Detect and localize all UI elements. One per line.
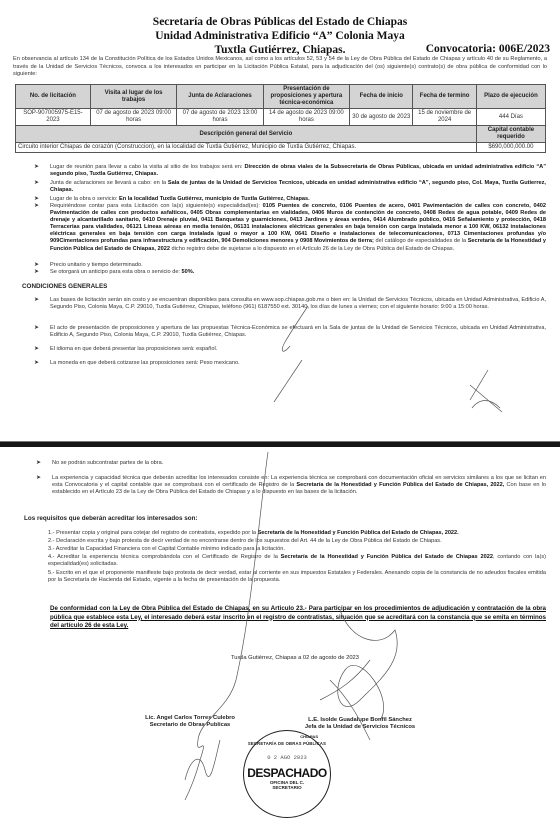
condition-text: La moneda en que deberá cotizarse las pr… — [50, 360, 240, 366]
licitacion-table: No. de licitación Visita al lugar de los… — [15, 84, 546, 153]
arrow-bullet-icon: ➤ — [34, 164, 39, 171]
requirement-text: 2.- Declaración escrita y bajo protesta … — [48, 538, 442, 544]
bullet-label: Precio unitario y tiempo determinado. — [50, 262, 143, 268]
bullet-bold: Secretaría de la Honestidad y Función Pú… — [296, 482, 504, 488]
signer-name: L.E. Isolde Guadalupe Bonfil Sánchez — [275, 717, 445, 724]
arrow-bullet-icon: ➤ — [34, 346, 39, 353]
header-line-2: Unidad Administrativa Edificio “A” Colon… — [0, 29, 560, 43]
bullet-label: Lugar de la obra o servicio: — [50, 196, 119, 202]
stamp-office-2: SECRETARIO — [244, 785, 330, 790]
bullet-item: ➤ Requiriéndose contar para esta Licitac… — [50, 203, 546, 253]
bullet-tail: del catálogo de especialidades de la — [374, 238, 468, 244]
arrow-bullet-icon: ➤ — [34, 203, 39, 210]
requirement-item: 4.- Acreditar la experiencia técnica com… — [48, 554, 546, 568]
condition-item: ➤ Las bases de licitación serán sin cost… — [50, 297, 546, 311]
arrow-bullet-icon: ➤ — [34, 297, 39, 304]
table-header-row: No. de licitación Visita al lugar de los… — [16, 85, 546, 109]
stamp-status: DESPACHADO — [244, 766, 330, 780]
table-cell: 14 de agosto de 2023 09:00 horas — [263, 109, 349, 126]
table-cell: 444 Días — [476, 109, 545, 126]
table-cell: 15 de noviembre de 2024 — [413, 109, 476, 126]
bullet-text: No se podrán subcontratar partes de la o… — [52, 460, 163, 466]
requirement-bold: Secretaría de la Honestidad y Función Pú… — [258, 530, 459, 536]
header-cell: Presentación de proposiciones y apertura… — [263, 85, 349, 109]
requirement-text: 3.- Acreditar la Capacidad Financiera co… — [48, 546, 285, 552]
header-cell: Junta de Aclaraciones — [177, 85, 263, 109]
table-cell: SOP-907005975-E15-2023 — [16, 109, 91, 126]
header-cell: Fecha de termino — [413, 85, 476, 109]
requirement-text: 1.- Presentar copia y original para cote… — [48, 530, 258, 536]
header-cell: Plazo de ejecución — [476, 85, 545, 109]
arrow-bullet-icon: ➤ — [34, 180, 39, 187]
condition-text: El idioma en que deberá presentar las pr… — [50, 346, 217, 352]
document-page-1: Secretaría de Obras Públicas del Estado … — [0, 0, 560, 441]
requirement-item: 5.- Escrito en el que el proponente mani… — [48, 570, 546, 584]
signature-block-right: L.E. Isolde Guadalupe Bonfil Sánchez Jef… — [275, 717, 445, 731]
bullet-item: ➤ Lugar de reunión para llevar a cabo la… — [50, 164, 546, 178]
arrow-bullet-icon: ➤ — [34, 325, 39, 332]
bullet-tail-end: dicho registro debe de sujetarse a lo di… — [170, 246, 454, 252]
requirement-bold: Secretaría de la Honestidad y Función Pú… — [281, 554, 493, 560]
description-value: Circuito interior Chiapas de corazón (Co… — [16, 143, 477, 153]
stamp-logo: CHIAPAS — [258, 734, 318, 740]
condition-item: ➤ La moneda en que deberá cotizarse las … — [50, 360, 546, 367]
law-statement: De conformidad con la Ley de Obra Públic… — [50, 605, 546, 631]
table-cell: 07 de agosto de 2023 09:00 horas — [90, 109, 176, 126]
signer-name: Lic. Angel Carlos Torres Culebro — [115, 715, 265, 722]
signer-title: Secretario de Obras Publicas — [115, 722, 265, 729]
requirement-text: 4.- Acreditar la experiencia técnica com… — [48, 554, 281, 560]
stamp-org: SECRETARÍA DE OBRAS PÚBLICAS — [244, 741, 330, 746]
condition-item: ➤ El acto de presentación de proposicion… — [50, 325, 546, 339]
table-row: Circuito interior Chiapas de corazón (Co… — [16, 143, 546, 153]
bullet-item: ➤ La experiencia y capacidad técnica que… — [52, 475, 546, 496]
general-conditions-title: CONDICIONES GENERALES — [22, 283, 107, 290]
header-cell: Visita al lugar de los trabajos — [90, 85, 176, 109]
bullet-label: Se otorgará un anticipo para esta obra o… — [50, 269, 182, 275]
bullet-label: Lugar de reunión para llevar a cabo la v… — [50, 164, 244, 170]
table-row: SOP-907005975-E15-2023 07 de agosto de 2… — [16, 109, 546, 126]
page-divider — [0, 441, 560, 447]
bullet-label: Requiriéndose contar para esta Licitació… — [50, 203, 263, 209]
header-cell: No. de licitación — [16, 85, 91, 109]
requirements-title: Los requisitos que deberán acreditar los… — [24, 515, 198, 522]
arrow-bullet-icon: ➤ — [34, 269, 39, 276]
capital-header: Capital contable requerido — [476, 126, 545, 143]
arrow-bullet-icon: ➤ — [36, 475, 41, 482]
bullet-label: Junta de aclaraciones se llevará a cabo:… — [50, 180, 168, 186]
requirement-item: 3.- Acreditar la Capacidad Financiera co… — [48, 546, 546, 553]
header-line-1: Secretaría de Obras Públicas del Estado … — [0, 15, 560, 29]
bullet-value: 50%. — [182, 269, 195, 275]
condition-item: ➤ El idioma en que deberá presentar las … — [50, 346, 546, 353]
requirement-text: 5.- Escrito en el que el proponente mani… — [48, 570, 546, 583]
requirement-item: 1.- Presentar copia y original para cote… — [48, 530, 546, 537]
description-header: Descripción general del Servicio — [16, 126, 477, 143]
bullet-item: ➤ Se otorgará un anticipo para esta obra… — [50, 269, 546, 276]
table-cell: 30 de agosto de 2023 — [350, 109, 413, 126]
arrow-bullet-icon: ➤ — [34, 360, 39, 367]
condition-text: Las bases de licitación serán sin costo … — [50, 297, 546, 310]
place-date: Tuxtla Gutiérrez, Chiapas a 02 de agosto… — [0, 655, 560, 661]
table-cell: 07 de agosto de 2023 13:00 horas — [177, 109, 263, 126]
condition-text: El acto de presentación de proposiciones… — [50, 325, 546, 338]
intro-paragraph: En observancia al artículo 134 de la Con… — [13, 56, 547, 79]
table-header-row: Descripción general del Servicio Capital… — [16, 126, 546, 143]
capital-value: $690,000,000.00 — [476, 143, 545, 153]
bullet-item: ➤ Junta de aclaraciones se llevará a cab… — [50, 180, 546, 194]
header-cell: Fecha de inicio — [350, 85, 413, 109]
signer-title: Jefa de la Unidad de Servicios Técnicos — [275, 724, 445, 731]
bullet-value: En la localidad Tuxtla Gutiérrez, munici… — [119, 196, 310, 202]
despachado-stamp: CHIAPAS SECRETARÍA DE OBRAS PÚBLICAS 0 2… — [243, 730, 331, 818]
bullet-item: ➤ No se podrán subcontratar partes de la… — [52, 460, 546, 467]
convocatoria-number: Convocatoria: 006E/2023 — [426, 43, 550, 55]
stamp-date: 0 2 AGO 2023 — [244, 754, 330, 761]
requirement-item: 2.- Declaración escrita y bajo protesta … — [48, 538, 546, 545]
arrow-bullet-icon: ➤ — [36, 460, 41, 467]
signature-block-left: Lic. Angel Carlos Torres Culebro Secreta… — [115, 715, 265, 729]
